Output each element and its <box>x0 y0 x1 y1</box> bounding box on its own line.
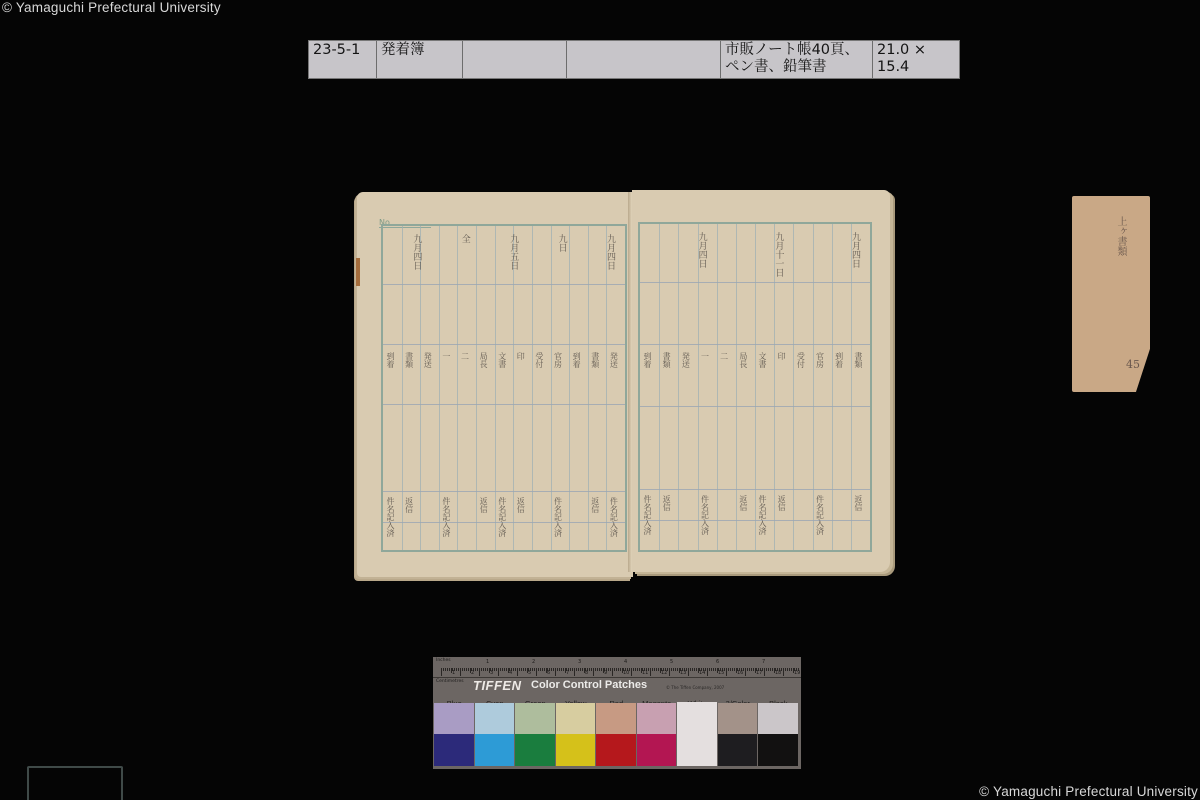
handwritten-date: 九月四日 <box>850 232 859 268</box>
ruler-cm-number: 10 <box>623 670 629 676</box>
grid-line <box>793 224 794 550</box>
handwritten-entry: 到着 <box>835 352 844 368</box>
ruler-tick <box>618 668 619 671</box>
ruler-cm-number: 1 <box>452 670 455 676</box>
ruler-tick <box>574 668 575 676</box>
handwritten-entry: 二 <box>720 352 729 360</box>
ruler-cm-label: Centimetres <box>436 679 464 684</box>
patch-light-magenta <box>637 703 677 734</box>
ruler-tick <box>449 668 450 671</box>
handwritten-entry: 件名記入済 <box>554 497 563 537</box>
ruler-tick <box>610 668 611 671</box>
grid-line <box>813 224 814 550</box>
handwritten-entry: 返信 <box>854 495 863 511</box>
handwritten-date: 九月五日 <box>508 234 517 270</box>
handwritten-entry: 印 <box>777 352 786 360</box>
ruler-tick <box>557 668 558 671</box>
ruler-tick <box>477 668 478 671</box>
ruler-tick <box>525 668 526 671</box>
ruler-tick <box>456 668 457 671</box>
patch-light-cyan <box>475 703 515 734</box>
ruler-tick <box>462 668 463 671</box>
grid-line <box>588 226 589 550</box>
catalog-label: 23-5-1発着簿市販ノート帳40頁、ペン書、鉛筆書21.0 × 15.4 <box>308 40 960 79</box>
ruler-cm-number: 11 <box>642 670 648 676</box>
handwritten-entry: 書類 <box>854 352 863 368</box>
ruler-tick <box>730 668 731 671</box>
ruler-tick <box>443 668 444 671</box>
ruler-tick <box>677 668 678 671</box>
ruler-tick <box>688 668 689 676</box>
ruler-tick <box>538 668 539 671</box>
grid-line <box>606 226 607 550</box>
ruler-cm-number: 18 <box>775 670 781 676</box>
grid-line <box>717 224 718 550</box>
handwritten-date: 九月四日 <box>411 234 420 270</box>
ruler-inch-number: 7 <box>762 659 765 665</box>
handwritten-entry: 到着 <box>643 352 652 368</box>
grid-line <box>851 224 852 550</box>
ruler-tick <box>635 668 636 671</box>
ruler-tick <box>608 668 609 671</box>
ruler-tick <box>614 668 615 671</box>
ruler-cm-number: 3 <box>490 670 493 676</box>
grid-line <box>640 406 870 407</box>
ruler-tick <box>671 668 672 671</box>
ruler-tick <box>578 668 579 671</box>
ruler-inch-number: 5 <box>670 659 673 665</box>
ruler-tick <box>654 668 655 671</box>
handwritten-date: 九月十一日 <box>773 232 782 277</box>
ruler-tick <box>498 668 499 676</box>
handwritten-entry: 件名記入済 <box>498 497 507 537</box>
ruler-cm-number: 2 <box>471 670 474 676</box>
ruler-tick <box>751 668 752 671</box>
ruler-tick <box>485 668 486 671</box>
ruler-tick <box>519 668 520 671</box>
ruler-tick <box>559 668 560 671</box>
handwritten-entry: 返信 <box>479 497 488 513</box>
ruler-tick <box>732 668 733 671</box>
ruler-tick <box>713 668 714 671</box>
ruler-tick <box>464 668 465 671</box>
ruler-tick <box>540 668 541 671</box>
left-page: No. 九月四日九日九月五日全九月四日到着件名記入済書類返信発送一件名記入済二局… <box>357 192 633 577</box>
ruler-tick <box>496 668 497 671</box>
ruler-tick <box>652 668 653 671</box>
handwritten-entry: 返信 <box>516 497 525 513</box>
ruler-tick <box>466 668 467 671</box>
handwritten-entry: 受付 <box>535 352 544 368</box>
handwritten-entry: 件名記入済 <box>701 495 710 535</box>
patch-dark-red <box>596 734 636 766</box>
ruler-inch-number: 2 <box>532 659 535 665</box>
handwritten-entry: 受付 <box>796 352 805 368</box>
ruler-tick <box>692 668 693 671</box>
ruler-tick <box>483 668 484 671</box>
ruler-cm-number: 14 <box>699 670 705 676</box>
ruler-cm-number: 13 <box>680 670 686 676</box>
patch-dark-magenta <box>637 734 677 766</box>
ruler-cm-number: 12 <box>661 670 667 676</box>
ruler-tick <box>500 668 501 671</box>
ruler-tick <box>772 668 773 671</box>
patch-light-red <box>596 703 636 734</box>
notebook-photo: No. 九月四日九日九月五日全九月四日到着件名記入済書類返信発送一件名記入済二局… <box>355 190 895 585</box>
ruler-tick <box>460 668 461 676</box>
ruler-tick <box>696 668 697 671</box>
attached-paper-slip: 上ヶ書類 45 <box>1072 196 1150 392</box>
patch-white <box>677 702 717 766</box>
catalog-cell: 発着簿 <box>377 41 463 78</box>
ruler-tick <box>553 668 554 671</box>
ruler-tick <box>475 668 476 671</box>
patch-dark-green <box>515 734 555 766</box>
ruler-cm-number: 7 <box>566 670 569 676</box>
ruler-inch-number: 4 <box>624 659 627 665</box>
ruler-tick <box>749 668 750 671</box>
ruler-tick <box>551 668 552 671</box>
ruler-tick <box>639 668 640 671</box>
ruler-inch-number: 3 <box>578 659 581 665</box>
ruler-tick <box>734 668 735 671</box>
catalog-cell <box>463 41 567 78</box>
handwritten-entry: 一 <box>701 352 710 360</box>
ruler-tick <box>707 668 708 676</box>
grid-line <box>420 226 421 550</box>
ruler-tick <box>582 668 583 671</box>
handwritten-entry: 件名記入済 <box>816 495 825 535</box>
grid-line <box>640 282 870 283</box>
grid-line <box>678 224 679 550</box>
ruler-cm-number: 15 <box>718 670 724 676</box>
handwritten-entry: 官房 <box>554 352 563 368</box>
left-page-grid: 九月四日九日九月五日全九月四日到着件名記入済書類返信発送一件名記入済二局長返信文… <box>381 224 627 552</box>
ruler-tick <box>542 668 543 671</box>
grid-line <box>383 491 625 492</box>
grid-line <box>659 224 660 550</box>
ruler-tick <box>561 668 562 671</box>
ruler-tick <box>576 668 577 671</box>
grid-line <box>532 226 533 550</box>
color-control-chart: Inches 123456789101112131415161718191234… <box>433 657 801 769</box>
handwritten-entry: 件名記入済 <box>442 497 451 537</box>
handwritten-entry: 文書 <box>758 352 767 368</box>
handwritten-date: 九日 <box>557 234 566 252</box>
ruler-tick <box>479 668 480 676</box>
ruler-tick <box>675 668 676 671</box>
handwritten-date: 九月四日 <box>697 232 706 268</box>
ruler-cm-number: 4 <box>509 670 512 676</box>
ruler-tick <box>513 668 514 671</box>
ruler-cm-number: 5 <box>528 670 531 676</box>
chart-title: Color Control Patches <box>531 679 647 691</box>
ruler-tick <box>753 668 754 671</box>
ruler-tick <box>580 668 581 671</box>
tiffen-logo: TIFFEN <box>473 678 522 693</box>
grid-line <box>457 226 458 550</box>
ruler-tick <box>766 668 767 671</box>
handwritten-entry: 返信 <box>405 497 414 513</box>
binding-tape <box>356 258 360 286</box>
ruler-tick <box>445 668 446 671</box>
ruler-tick <box>650 668 651 676</box>
handwritten-entry: 返信 <box>739 495 748 511</box>
ruler-tick <box>595 668 596 671</box>
grid-line <box>640 344 870 345</box>
patch-dark-cyan <box>475 734 515 766</box>
handwritten-entry: 到着 <box>386 352 395 368</box>
ruler: Inches 123456789101112131415161718191234… <box>433 657 801 678</box>
ruler-tick <box>601 668 602 671</box>
ruler-inch-number: 6 <box>716 659 719 665</box>
ruler-tick <box>620 668 621 671</box>
ruler-tick <box>597 668 598 671</box>
ruler-tick <box>544 668 545 671</box>
handwritten-entry: 返信 <box>662 495 671 511</box>
ruler-tick <box>468 668 469 671</box>
catalog-cell: 23-5-1 <box>309 41 377 78</box>
patch-labels: BlueCyanGreenYellowRedMagentaWhite3/Colo… <box>433 692 801 702</box>
grid-line <box>383 404 625 405</box>
grid-line <box>640 489 870 490</box>
ruler-inches-label: Inches <box>436 658 451 663</box>
grid-line <box>736 224 737 550</box>
copyright-watermark-bottom: © Yamaguchi Prefectural University <box>979 784 1198 799</box>
ruler-cm-number: 9 <box>604 670 607 676</box>
patch-dark-yellow <box>556 734 596 766</box>
ruler-tick <box>599 668 600 671</box>
handwritten-entry: 件名記入済 <box>758 495 767 535</box>
ruler-tick <box>517 668 518 676</box>
handwritten-entry: 文書 <box>498 352 507 368</box>
ruler-tick <box>747 668 748 671</box>
ruler-cm-number: 6 <box>547 670 550 676</box>
handwritten-date: 九月四日 <box>605 234 614 270</box>
ruler-tick <box>791 668 792 671</box>
grid-line <box>832 224 833 550</box>
handwritten-entry: 件名記入済 <box>609 497 618 537</box>
ruler-tick <box>673 668 674 671</box>
ruler-tick <box>612 668 613 676</box>
ruler-tick <box>658 668 659 671</box>
patch-dark-3-color <box>718 734 758 766</box>
ruler-tick <box>523 668 524 671</box>
ruler-cm-number: 17 <box>756 670 762 676</box>
ruler-tick <box>783 668 784 676</box>
ruler-tick <box>789 668 790 671</box>
ruler-tick <box>764 668 765 676</box>
ruler-cm-number: 19 <box>794 670 800 676</box>
ruler-tick <box>711 668 712 671</box>
ruler-inch-number: 1 <box>486 659 489 665</box>
patch-dark-blue <box>434 734 474 766</box>
ruler-tick <box>515 668 516 671</box>
ruler-tick <box>728 668 729 671</box>
ruler-tick <box>458 668 459 671</box>
handwritten-entry: 印 <box>516 352 525 360</box>
ruler-tick <box>726 668 727 676</box>
ruler-tick <box>694 668 695 671</box>
ruler-tick <box>441 668 442 676</box>
catalog-cell <box>567 41 721 78</box>
chart-copyright: © The Tiffen Company, 2007 <box>666 685 724 690</box>
ruler-tick <box>447 668 448 671</box>
copyright-watermark-top: © Yamaguchi Prefectural University <box>2 0 221 15</box>
handwritten-entry: 書類 <box>405 352 414 368</box>
patch-dark-black <box>758 734 798 766</box>
ruler-tick <box>770 668 771 671</box>
grid-line <box>698 224 699 550</box>
handwritten-entry: 官房 <box>816 352 825 368</box>
ruler-tick <box>669 668 670 676</box>
slip-note: 45 <box>1126 360 1140 369</box>
grid-line <box>513 226 514 550</box>
ruler-tick <box>536 668 537 676</box>
catalog-cell: 21.0 × 15.4 <box>873 41 959 78</box>
handwritten-entry: 二 <box>460 352 469 360</box>
ruler-tick <box>481 668 482 671</box>
patch-light-black <box>758 703 798 734</box>
handwritten-entry: 件名記入済 <box>386 497 395 537</box>
ruler-tick <box>709 668 710 671</box>
grid-line <box>551 226 552 550</box>
handwritten-entry: 返信 <box>591 497 600 513</box>
ruler-tick <box>502 668 503 671</box>
ruler-tick <box>570 668 571 671</box>
handwritten-entry: 返信 <box>777 495 786 511</box>
slip-handwriting: 上ヶ書類 <box>1116 216 1125 256</box>
ruler-tick <box>534 668 535 671</box>
ruler-tick <box>637 668 638 671</box>
ruler-tick <box>631 668 632 676</box>
handwritten-entry: 発送 <box>423 352 432 368</box>
handwritten-entry: 局長 <box>479 352 488 368</box>
ruler-tick <box>633 668 634 671</box>
ruler-tick <box>572 668 573 671</box>
grid-line <box>402 226 403 550</box>
handwritten-entry: 件名記入済 <box>643 495 652 535</box>
handwritten-date: 全 <box>460 234 469 243</box>
grid-line <box>640 520 870 521</box>
patch-light-blue <box>434 703 474 734</box>
ruler-tick <box>785 668 786 671</box>
ruler-tick <box>521 668 522 671</box>
ruler-tick <box>555 668 556 676</box>
ruler-tick <box>787 668 788 671</box>
grid-line <box>755 224 756 550</box>
ruler-tick <box>589 668 590 671</box>
handwritten-entry: 到着 <box>572 352 581 368</box>
ruler-tick <box>690 668 691 671</box>
handwritten-entry: 局長 <box>739 352 748 368</box>
ruler-tick <box>745 668 746 676</box>
grid-line <box>495 226 496 550</box>
patch-light-yellow <box>556 703 596 734</box>
ruler-tick <box>616 668 617 671</box>
catalog-cell: 市販ノート帳40頁、ペン書、鉛筆書 <box>721 41 873 78</box>
handwritten-entry: 一 <box>442 352 451 360</box>
patch-light-green <box>515 703 555 734</box>
grid-line <box>383 344 625 345</box>
ruler-tick <box>487 668 488 671</box>
ruler-tick <box>768 668 769 671</box>
ruler-cm-number: 8 <box>585 670 588 676</box>
ruler-cm-number: 16 <box>737 670 743 676</box>
ruler-tick <box>591 668 592 671</box>
handwritten-entry: 発送 <box>609 352 618 368</box>
ruler-tick <box>715 668 716 671</box>
ruler-tick <box>593 668 594 676</box>
grid-line <box>569 226 570 550</box>
handwritten-entry: 発送 <box>681 352 690 368</box>
ruler-tick <box>656 668 657 671</box>
right-page-grid: 九月四日九月十一日九月四日到着件名記入済書類返信発送一件名記入済二局長返信文書件… <box>638 222 872 552</box>
glass-slide-edge <box>27 766 123 800</box>
ruler-tick <box>504 668 505 671</box>
right-page: 九月四日九月十一日九月四日到着件名記入済書類返信発送一件名記入済二局長返信文書件… <box>632 190 890 572</box>
grid-line <box>476 226 477 550</box>
handwritten-entry: 書類 <box>591 352 600 368</box>
grid-line <box>383 284 625 285</box>
patch-light-3-color <box>718 703 758 734</box>
ruler-tick <box>563 668 564 671</box>
ruler-tick <box>494 668 495 671</box>
ruler-tick <box>532 668 533 671</box>
ruler-tick <box>506 668 507 671</box>
grid-line <box>439 226 440 550</box>
handwritten-entry: 書類 <box>662 352 671 368</box>
